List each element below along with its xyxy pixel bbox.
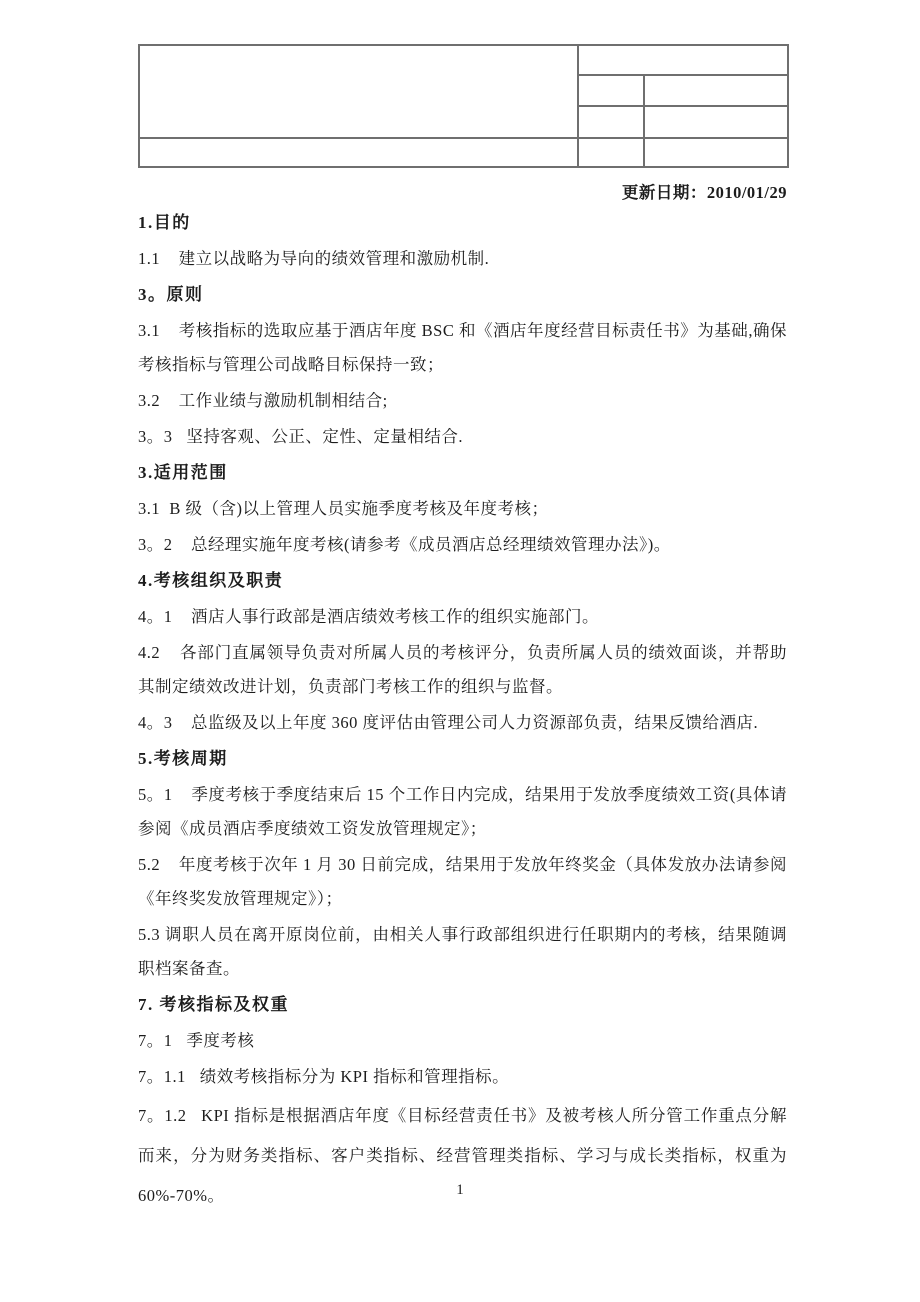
section-heading-scope: 3.适用范围 [138,456,787,490]
paragraph-5-1: 5。1 季度考核于季度结束后 15 个工作日内完成，结果用于发放季度绩效工资(具… [138,778,787,846]
paragraph-3-2: 3.2 工作业绩与激励机制相结合; [138,384,787,418]
section-heading-purpose: 1.目的 [138,206,787,240]
header-value-cell-3 [644,138,788,167]
section-heading-indicators: 7. 考核指标及权重 [138,988,787,1022]
section-heading-principles: 3。原则 [138,278,787,312]
paragraph-7-1-1: 7。1.1 绩效考核指标分为 KPI 指标和管理指标。 [138,1060,787,1094]
document-page: 更新日期：2010/01/29 1.目的 1.1 建立以战略为导向的绩效管理和激… [0,0,920,1302]
paragraph-1-1: 1.1 建立以战略为导向的绩效管理和激励机制. [138,242,787,276]
page-number: 1 [0,1180,920,1200]
paragraph-5-2: 5.2 年度考核于次年 1 月 30 日前完成，结果用于发放年终奖金（具体发放办… [138,848,787,916]
header-label-cell-1 [578,75,644,106]
header-bottom-left-cell [139,138,578,167]
paragraph-4-2: 4.2 各部门直属领导负责对所属人员的考核评分，负责所属人员的绩效面谈，并帮助其… [138,636,787,704]
section-heading-cycle: 5.考核周期 [138,742,787,776]
paragraph-scope-2: 3。2 总经理实施年度考核(请参考《成员酒店总经理绩效管理办法》)。 [138,528,787,562]
header-value-cell-2 [644,106,788,138]
update-date: 更新日期：2010/01/29 [138,180,787,206]
header-top-right-cell [578,45,788,75]
header-label-cell-3 [578,138,644,167]
paragraph-scope-1: 3.1 B 级（含)以上管理人员实施季度考核及年度考核； [138,492,787,526]
paragraph-4-1: 4。1 酒店人事行政部是酒店绩效考核工作的组织实施部门。 [138,600,787,634]
paragraph-7-1: 7。1 季度考核 [138,1024,787,1058]
paragraph-3-1: 3.1 考核指标的选取应基于酒店年度 BSC 和《酒店年度经营目标责任书》为基础… [138,314,787,382]
doc-header-table [138,44,789,168]
paragraph-4-3: 4。3 总监级及以上年度 360 度评估由管理公司人力资源部负责，结果反馈给酒店… [138,706,787,740]
header-label-cell-2 [578,106,644,138]
header-value-cell-1 [644,75,788,106]
paragraph-3-3: 3。3 坚持客观、公正、定性、定量相结合. [138,420,787,454]
document-content: 更新日期：2010/01/29 1.目的 1.1 建立以战略为导向的绩效管理和激… [138,44,787,1218]
paragraph-5-3: 5.3 调职人员在离开原岗位前，由相关人事行政部组织进行任职期内的考核，结果随调… [138,918,787,986]
header-left-cell [139,45,578,138]
section-heading-organization: 4.考核组织及职责 [138,564,787,598]
